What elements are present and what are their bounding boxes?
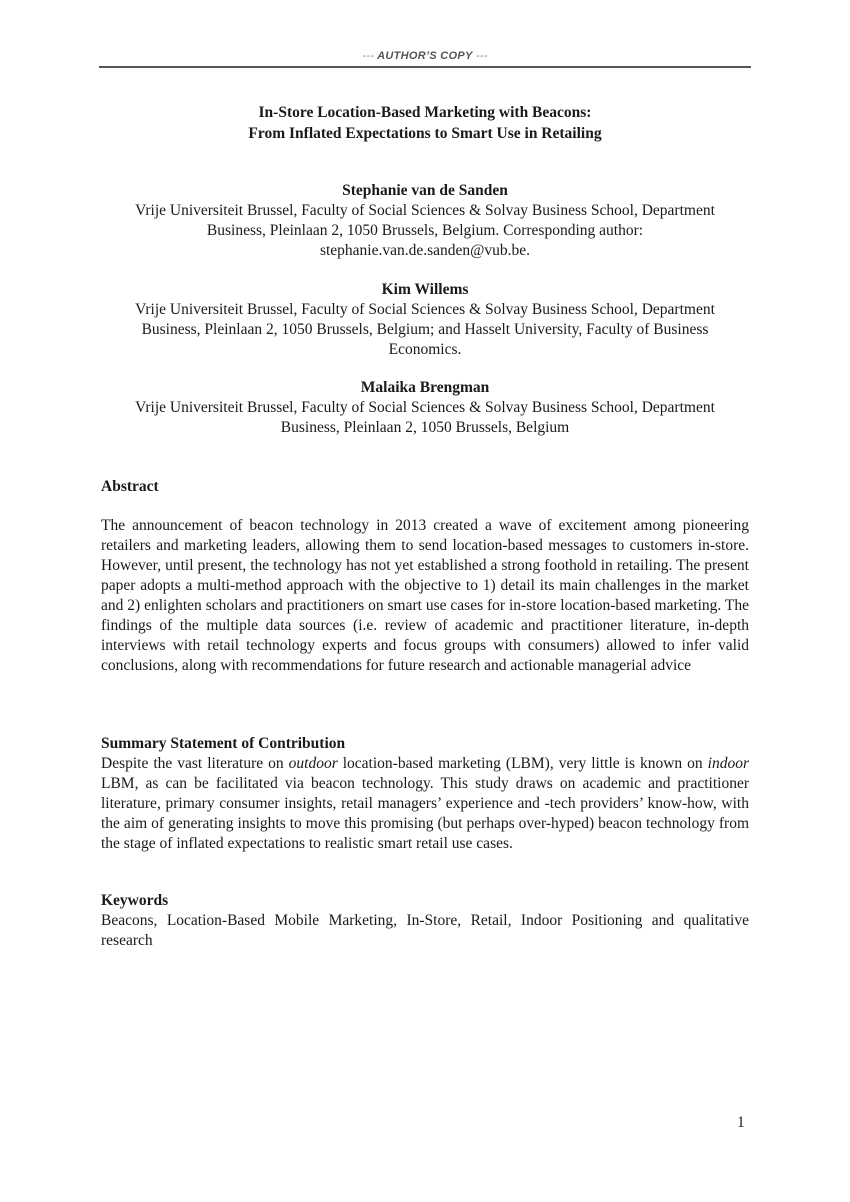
- keywords-text: Beacons, Location-Based Mobile Marketing…: [101, 911, 749, 951]
- author-name: Kim Willems: [99, 280, 751, 300]
- running-header: --- AUTHOR’S COPY ---: [99, 50, 751, 62]
- paper-title: In-Store Location-Based Marketing with B…: [99, 102, 751, 144]
- page-number: 1: [737, 1114, 745, 1132]
- summary-emphasis-indoor: indoor: [708, 755, 749, 772]
- affiliation-line: Economics.: [99, 340, 751, 360]
- author-name: Stephanie van de Sanden: [99, 181, 751, 201]
- author-block: Malaika Brengman Vrije Universiteit Brus…: [99, 378, 751, 438]
- abstract-text: The announcement of beacon technology in…: [101, 516, 749, 676]
- author-block: Kim Willems Vrije Universiteit Brussel, …: [99, 280, 751, 360]
- title-line-1: In-Store Location-Based Marketing with B…: [99, 102, 751, 123]
- summary-emphasis-outdoor: outdoor: [289, 755, 338, 772]
- affiliation-line: Business, Pleinlaan 2, 1050 Brussels, Be…: [99, 418, 751, 438]
- author-block: Stephanie van de Sanden Vrije Universite…: [99, 181, 751, 261]
- affiliation-line: Business, Pleinlaan 2, 1050 Brussels, Be…: [99, 320, 751, 340]
- authors-copy-label: AUTHOR’S COPY: [377, 50, 472, 62]
- summary-text-part: location-based marketing (LBM), very lit…: [338, 755, 708, 772]
- affiliation-line: Vrije Universiteit Brussel, Faculty of S…: [99, 300, 751, 320]
- summary-heading: Summary Statement of Contribution: [101, 734, 345, 754]
- affiliation-line: Business, Pleinlaan 2, 1050 Brussels, Be…: [99, 221, 751, 241]
- affiliation-line: Vrije Universiteit Brussel, Faculty of S…: [99, 201, 751, 221]
- summary-text-part: LBM, as can be facilitated via beacon te…: [101, 775, 749, 852]
- keywords-heading: Keywords: [101, 891, 168, 911]
- title-line-2: From Inflated Expectations to Smart Use …: [99, 123, 751, 144]
- header-dash-left: ---: [362, 50, 374, 62]
- author-email: stephanie.van.de.sanden@vub.be.: [99, 241, 751, 261]
- header-dash-right: ---: [476, 50, 488, 62]
- abstract-heading: Abstract: [101, 477, 159, 497]
- summary-text: Despite the vast literature on outdoor l…: [101, 754, 749, 854]
- summary-text-part: Despite the vast literature on: [101, 755, 289, 772]
- affiliation-line: Vrije Universiteit Brussel, Faculty of S…: [99, 398, 751, 418]
- header-rule: [99, 66, 751, 68]
- author-name: Malaika Brengman: [99, 378, 751, 398]
